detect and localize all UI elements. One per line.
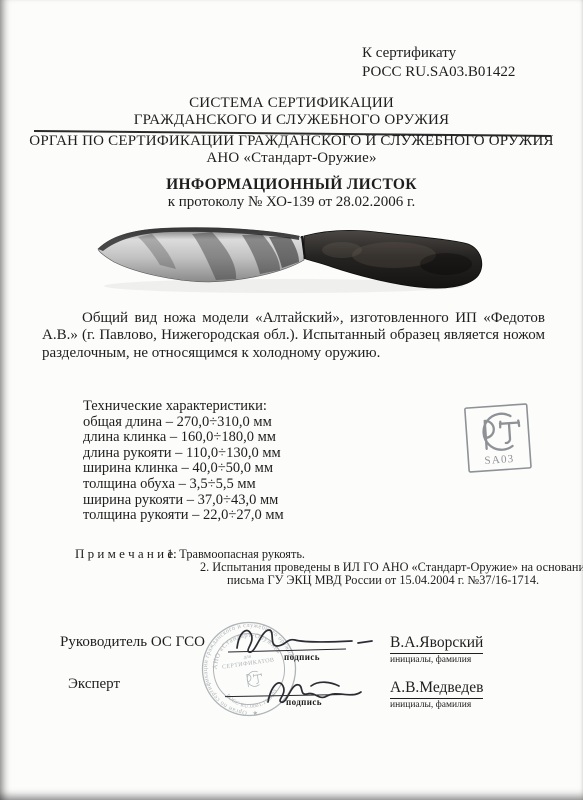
tech-specs-title: Технические характеристики: — [83, 399, 284, 415]
signature-yavorsky — [237, 630, 372, 652]
doc-title-line1: ИНФОРМАЦИОННЫЙ ЛИСТОК — [0, 176, 583, 194]
signature-medvedev — [268, 682, 361, 702]
spec-item: ширина клинка – 40,0÷50,0 мм — [83, 461, 284, 477]
handwritten-signatures — [215, 616, 385, 728]
header-top: СИСТЕМА СЕРТИФИКАЦИИ ГРАЖДАНСКОГО И СЛУЖ… — [0, 95, 583, 129]
header-line3: ОРГАН ПО СЕРТИФИКАЦИИ ГРАЖДАНСКОГО И СЛУ… — [0, 133, 583, 150]
document-title: ИНФОРМАЦИОННЫЙ ЛИСТОК к протоколу № ХО-1… — [0, 176, 583, 211]
rst-conformity-mark-icon: SA03 — [456, 399, 540, 481]
header-line1: СИСТЕМА СЕРТИФИКАЦИИ — [0, 95, 583, 112]
knife-blade — [98, 228, 304, 282]
spec-item: общая длина – 270,0÷310,0 мм — [83, 415, 284, 431]
scanned-document-page: К сертификату РОСС RU.SA03.B01422 СИСТЕМ… — [0, 0, 583, 800]
knife-photo — [94, 222, 488, 296]
signer-name-1: В.А.Яворский — [390, 634, 483, 654]
doc-title-line2: к протоколу № ХО-139 от 28.02.2006 г. — [0, 194, 583, 212]
spec-item: толщина обуха – 3,5÷5,5 мм — [83, 477, 284, 493]
spec-item: длина рукояти – 110,0÷130,0 мм — [83, 446, 284, 462]
header-line2: ГРАЖДАНСКОГО И СЛУЖЕБНОГО ОРУЖИЯ — [0, 112, 583, 129]
spec-item: длина клинка – 160,0÷180,0 мм — [83, 430, 284, 446]
header-line4: АНО «Стандарт-Оружие» — [0, 150, 583, 167]
mark-code: SA03 — [484, 453, 515, 467]
description-paragraph: Общий вид ножа модели «Алтайский», изгот… — [42, 310, 545, 362]
signer-name-2: А.В.Медведев — [390, 679, 483, 699]
cert-ref-line1: К сертификату — [362, 44, 515, 63]
spec-item: толщина рукояти – 22,0÷27,0 мм — [83, 508, 284, 524]
cert-ref-number: РОСС RU.SA03.B01422 — [362, 63, 515, 82]
signer-name-block-2: А.В.Медведев инициалы, фамилия — [390, 679, 483, 710]
rst-logo — [482, 413, 520, 451]
signer-role-expert: Эксперт — [68, 676, 120, 693]
signer-name-caption-1: инициалы, фамилия — [390, 655, 483, 665]
signer-name-block-1: В.А.Яворский инициалы, фамилия — [390, 634, 483, 665]
signer-name-caption-2: инициалы, фамилия — [390, 700, 483, 710]
header-bottom: ОРГАН ПО СЕРТИФИКАЦИИ ГРАЖДАНСКОГО И СЛУ… — [0, 133, 583, 167]
certificate-reference: К сертификату РОСС RU.SA03.B01422 — [362, 44, 515, 81]
signer-role-head: Руководитель ОС ГСО — [60, 634, 205, 651]
spec-item: ширина рукояти – 37,0÷43,0 мм — [83, 493, 284, 509]
note-item2-line2: письма ГУ ЭКЦ МВД России от 15.04.2004 г… — [227, 573, 539, 588]
tech-specs: Технические характеристики: общая длина … — [83, 399, 284, 524]
note-label: П р и м е ч а н и е: — [75, 546, 177, 562]
